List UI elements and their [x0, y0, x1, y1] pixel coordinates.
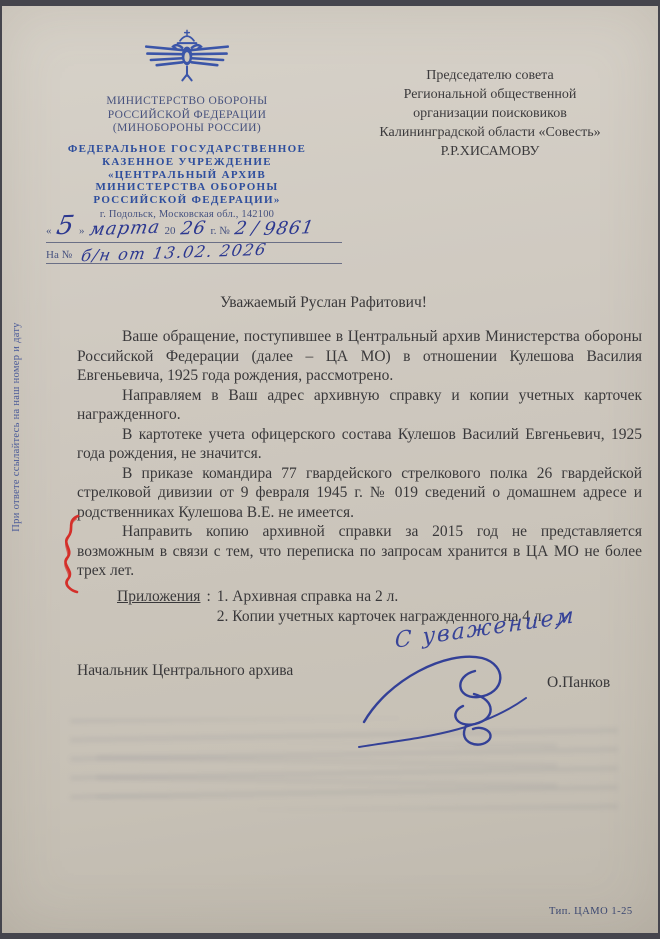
attachments-label: Приложения [117, 587, 200, 626]
handwritten-day: 5 [56, 221, 75, 232]
institution-name: ФЕДЕРАЛЬНОЕ ГОСУДАРСТВЕННОЕ КАЗЕННОЕ УЧР… [32, 143, 342, 207]
red-margin-bracket [59, 513, 87, 597]
ministry-name: МИНИСТЕРСТВО ОБОРОНЫ РОССИЙСКОЙ ФЕДЕРАЦИ… [40, 95, 334, 136]
reference-line: На № б/н от 13.02. 2026 [46, 243, 342, 264]
paragraph: Ваше обращение, поступившее в Центральны… [77, 327, 642, 386]
handwritten-month: марта [87, 217, 161, 240]
recipient-block: Председателю совета Региональной обществ… [334, 66, 646, 161]
print-shop-code: Тип. ЦАМО 1-25 [549, 906, 633, 917]
quote-open: « [46, 225, 52, 237]
outgoing-date-number-line: « 5 » марта 20 26 г. № 2 / 9861 [46, 218, 342, 243]
paragraph: Направить копию архивной справки за 2015… [77, 522, 642, 581]
ministry-emblem-eagle-icon [139, 28, 235, 92]
handwritten-number-right: 9861 [262, 217, 316, 240]
letter-body: Ваше обращение, поступившее в Центральны… [77, 327, 642, 581]
reference-label: На № [46, 249, 72, 261]
scanned-letter-page: МИНИСТЕРСТВО ОБОРОНЫ РОССИЙСКОЙ ФЕДЕРАЦИ… [2, 6, 658, 933]
handwritten-number-left: 2 [233, 218, 249, 239]
signature-autograph [354, 642, 539, 754]
margin-note-rotated: При ответе ссылайтесь на наш номер и дат… [11, 276, 22, 578]
salutation: Уважаемый Руслан Рафитович! [77, 294, 642, 312]
paragraph: В картотеке учета офицерского состава Ку… [77, 425, 642, 464]
paragraph: В приказе командира 77 гвардейского стре… [77, 464, 642, 523]
printed-number-label: г. № [210, 225, 229, 237]
quote-close: » [79, 225, 85, 237]
handwritten-year: 26 [179, 218, 208, 240]
signer-position: Начальник Центрального архива [77, 662, 293, 680]
printed-century: 20 [165, 225, 176, 237]
paragraph: Направляем в Ваш адрес архивную справку … [77, 386, 642, 425]
handwritten-reference-value: б/н от 13.02. 2026 [80, 240, 269, 265]
attachments-colon: : [206, 587, 210, 626]
signer-name: О.Панков [547, 674, 610, 692]
handwritten-number-sep: / [250, 218, 261, 239]
